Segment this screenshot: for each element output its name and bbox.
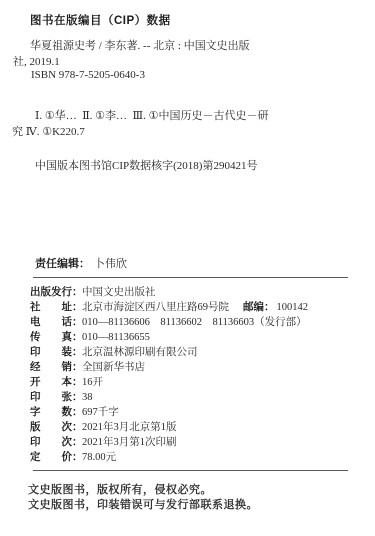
cip-entry-line-2: 社, 2019.1 [13, 53, 60, 69]
publication-row: 开 本：16开 [30, 375, 308, 390]
postcode-label: 邮编： [243, 301, 275, 313]
row-value: 38 [82, 392, 93, 403]
row-value: 中国文史出版社 [82, 287, 156, 298]
publication-row: 经 销：全国新华书店 [30, 360, 308, 375]
publication-row: 传 真：010—81136655 [30, 330, 308, 345]
row-value: 16开 [82, 377, 103, 388]
publication-info: 出版发行：中国文史出版社 社 址：北京市海淀区西八里庄路69号院邮编：10014… [30, 285, 308, 465]
row-label: 定 价： [30, 450, 82, 465]
publication-row: 印 张：38 [30, 390, 308, 405]
misprint-notice: 文史版图书，印装错误可与发行部联系退换。 [28, 496, 258, 512]
divider-top [33, 277, 348, 278]
row-label: 字 数： [30, 405, 82, 420]
editor-row: 责任编辑：卜伟欣 [35, 255, 127, 271]
publication-row: 印 装：北京温林源印刷有限公司 [30, 345, 308, 360]
cip-record-number: 中国版本图书馆CIP数据核字(2018)第290421号 [35, 157, 257, 173]
row-label: 开 本： [30, 375, 82, 390]
row-value: 2021年3月北京第1版 [82, 422, 177, 433]
cip-header: 图书在版编目（CIP）数据 [30, 12, 171, 28]
row-label: 经 销： [30, 360, 82, 375]
row-value: 010—81136606 81136602 81136603（发行部） [82, 317, 307, 328]
row-value: 010—81136655 [82, 332, 150, 343]
classification-line-1: Ⅰ. ①华… Ⅱ. ①李… Ⅲ. ①中国历史－古代史－研 [35, 107, 269, 123]
row-label: 印 张： [30, 390, 82, 405]
row-label: 电 话： [30, 315, 82, 330]
row-label: 版 次： [30, 420, 82, 435]
publication-row: 印 次：2021年3月第1次印刷 [30, 435, 308, 450]
editor-label: 责任编辑： [35, 258, 90, 270]
publication-row: 电 话：010—81136606 81136602 81136603（发行部） [30, 315, 308, 330]
publication-row: 定 价：78.00元 [30, 450, 308, 465]
row-label: 传 真： [30, 330, 82, 345]
postcode-value: 100142 [277, 302, 309, 313]
copyright-page: 图书在版编目（CIP）数据 华夏祖源史考 / 李东著. -- 北京 : 中国文史… [0, 0, 375, 536]
divider-bottom [33, 470, 348, 471]
editor-name: 卜伟欣 [94, 258, 127, 270]
row-value: 全国新华书店 [82, 362, 145, 373]
row-label: 印 装： [30, 345, 82, 360]
classification-line-2: 究 Ⅳ. ①K220.7 [12, 123, 85, 139]
copyright-notice: 文史版图书，版权所有，侵权必究。 [28, 481, 212, 497]
row-label: 出版发行： [30, 285, 82, 300]
row-value: 697千字 [82, 407, 119, 418]
row-label: 印 次： [30, 435, 82, 450]
row-value: 北京市海淀区西八里庄路69号院 [82, 302, 229, 313]
publication-row: 出版发行：中国文史出版社 [30, 285, 308, 300]
publication-row: 字 数：697千字 [30, 405, 308, 420]
isbn-line: ISBN 978-7-5205-0640-3 [31, 69, 145, 81]
row-value: 78.00元 [82, 452, 116, 463]
publication-row: 版 次：2021年3月北京第1版 [30, 420, 308, 435]
cip-entry-line-1: 华夏祖源史考 / 李东著. -- 北京 : 中国文史出版 [30, 37, 250, 53]
publication-row: 社 址：北京市海淀区西八里庄路69号院邮编：100142 [30, 300, 308, 315]
row-value: 2021年3月第1次印刷 [82, 437, 177, 448]
row-value: 北京温林源印刷有限公司 [82, 347, 198, 358]
row-label: 社 址： [30, 300, 82, 315]
